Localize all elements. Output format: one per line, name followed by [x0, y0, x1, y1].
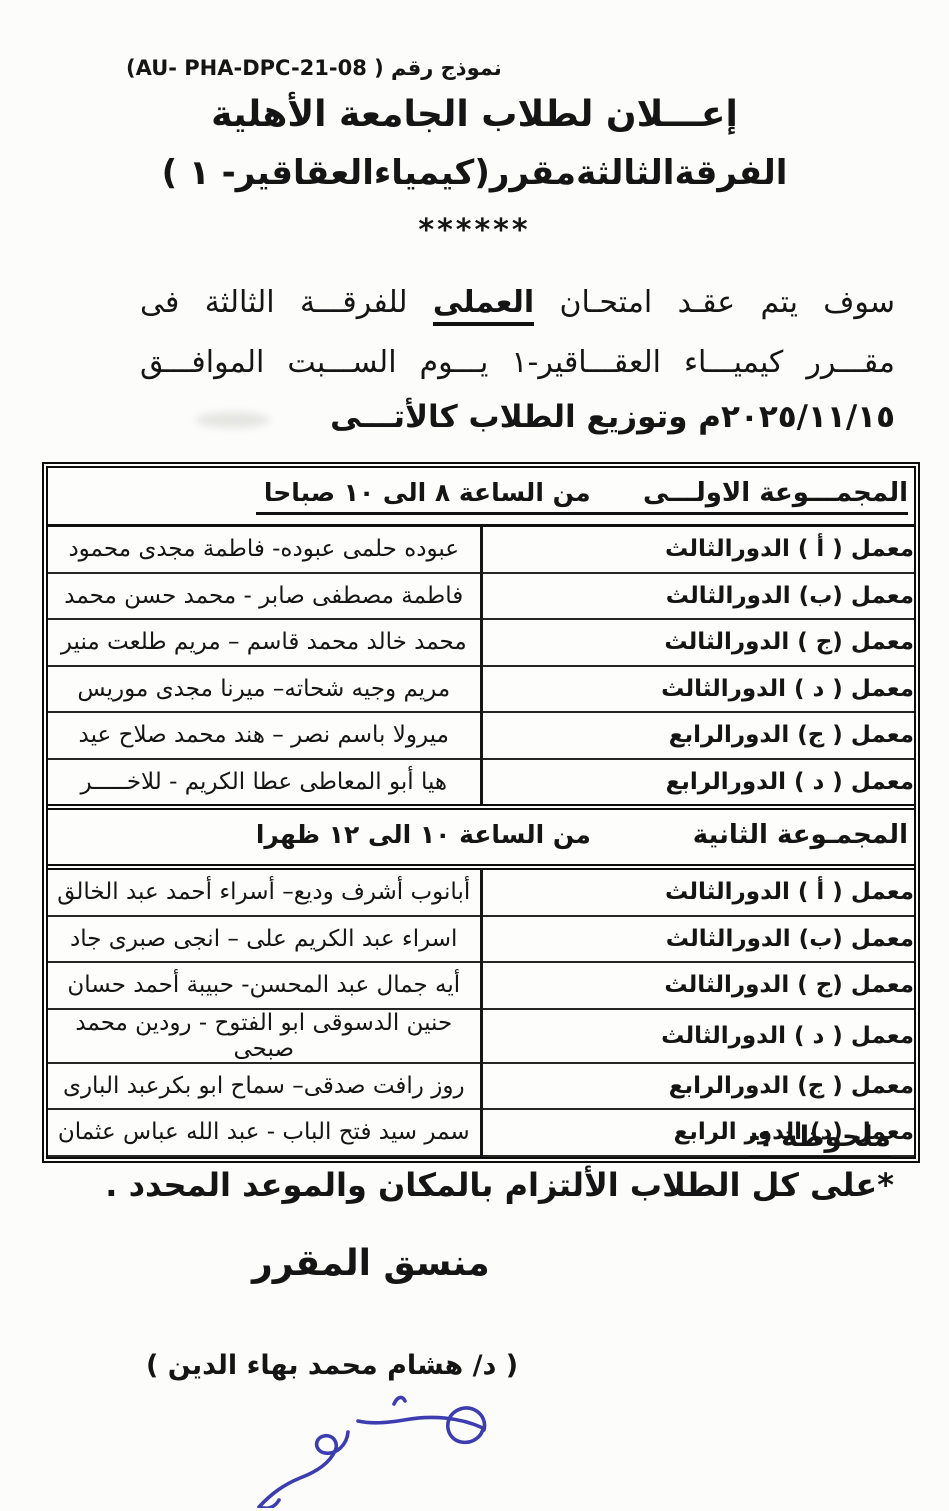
names-cell: حنين الدسوقى ابو الفتوح - رودين محمد صبح… [48, 1009, 481, 1063]
page-title: إعـــلان لطلاب الجامعة الأهلية [0, 94, 949, 135]
note-text: *على كل الطلاب الألتزام بالمكان والموعد … [105, 1166, 894, 1204]
table-row: معمل (ب) الدورالثالث فاطمة مصطفى صابر - … [48, 573, 914, 620]
table-row: معمل ( أ ) الدورالثالث أبانوب أشرف وديع–… [48, 867, 914, 916]
names-cell: أبانوب أشرف وديع– أسراء أحمد عبد الخالق [48, 867, 481, 916]
table-row: معمل ( د ) الدورالثالث حنين الدسوقى ابو … [48, 1009, 914, 1063]
names-cell: ميرولا باسم نصر – هند محمد صلاح عيد [48, 712, 481, 759]
table-row: معمل (ج ) الدورالثالث محمد خالد محمد قاس… [48, 619, 914, 666]
names-cell: محمد خالد محمد قاسم – مريم طلعت منير [48, 619, 481, 666]
table-row: معمل ( د ) الدورالثالث مريم وجيه شحاته– … [48, 666, 914, 713]
separator-stars: ****** [0, 213, 949, 248]
group2-time: من الساعة ١٠ الى ١٢ ظهرا [256, 820, 591, 849]
table-row: معمل ( د ) الدورالرابع هيا أبو المعاطى ع… [48, 759, 914, 808]
lab-cell: معمل ( د ) الدورالرابع [481, 759, 914, 808]
group1-time: من الساعة ٨ الى ١٠ صباحا [256, 478, 591, 515]
body-line-3-date: ٢٠٢٥/١١/١٥م وتوزيع الطلاب كالأتـــى [220, 402, 895, 433]
form-number: نموذج رقم ( AU- PHA-DPC-21-08) [126, 56, 502, 80]
lab-cell: معمل (ج ) الدورالثالث [481, 962, 914, 1009]
table-row: معمل (ج ) الدورالثالث أيه جمال عبد المحس… [48, 962, 914, 1009]
page-subtitle: الفرقةالثالثةمقرر(كيمياءالعقاقير- ١ ) [0, 153, 949, 193]
names-cell: روز رافت صدقى– سماح ابو بكرعبد البارى [48, 1063, 481, 1110]
lab-cell: معمل ( د ) الدورالثالث [481, 1009, 914, 1063]
lab-cell: معمل ( أ ) الدورالثالث [481, 867, 914, 916]
table-row: معمل ( ج) الدورالرابع روز رافت صدقى– سما… [48, 1063, 914, 1110]
names-cell: اسراء عبد الكريم على – انجى صبرى جاد [48, 916, 481, 963]
lab-cell: معمل ( ج) الدورالرابع [481, 712, 914, 759]
schedule-table: المجمـــوعة الاولـــى من الساعة ٨ الى ١٠… [42, 462, 920, 1163]
names-cell: هيا أبو المعاطى عطا الكريم - للاخـــــر [48, 759, 481, 808]
group1-header-row: المجمـــوعة الاولـــى من الساعة ٨ الى ١٠… [48, 468, 914, 526]
group2-title: المجمـوعة الثانية [693, 820, 908, 850]
note-title: ملحوظة :- [749, 1120, 891, 1159]
names-cell: مريم وجيه شحاته– ميرنا مجدى موريس [48, 666, 481, 713]
lab-cell: معمل ( أ ) الدورالثالث [481, 526, 914, 573]
lab-cell: معمل ( د ) الدورالثالث [481, 666, 914, 713]
lab-cell: معمل (ب) الدورالثالث [481, 573, 914, 620]
names-cell: سمر سيد فتح الباب - عبد الله عباس عثمان [48, 1109, 481, 1156]
lab-cell: معمل ( ج) الدورالرابع [481, 1063, 914, 1110]
coordinator-title: منسق المقرر [252, 1243, 490, 1284]
schedule-table-grid: المجمـــوعة الاولـــى من الساعة ٨ الى ١٠… [48, 468, 914, 1157]
names-cell: عبوده حلمى عبوده- فاطمة مجدى محمود [48, 526, 481, 573]
lab-cell: معمل (ج ) الدورالثالث [481, 619, 914, 666]
group2-header-row: المجمـوعة الثانية من الساعة ١٠ الى ١٢ ظه… [48, 807, 914, 867]
scanned-announcement-page: نموذج رقم ( AU- PHA-DPC-21-08) إعـــلان … [0, 0, 949, 1511]
signatory-name: ( د/ هشام محمد بهاء الدين ) [146, 1350, 518, 1381]
table-row: معمل ( أ ) الدورالثالث عبوده حلمى عبوده-… [48, 526, 914, 573]
body-line-1-pre: سوف يتم عقـد امتحـان [534, 285, 895, 320]
table-row: معمل ( ج) الدورالرابع ميرولا باسم نصر – … [48, 712, 914, 759]
table-row: معمل (ب) الدورالثالث اسراء عبد الكريم عل… [48, 916, 914, 963]
lab-cell: معمل (ب) الدورالثالث [481, 916, 914, 963]
names-cell: فاطمة مصطفى صابر - محمد حسن محمد [48, 573, 481, 620]
practical-exam-emphasis: العملى [433, 285, 534, 326]
body-line-1-post: للفرقـــة الثالثة فى [140, 285, 433, 320]
body-line-1: سوف يتم عقـد امتحـان العملى للفرقـــة ال… [140, 288, 895, 318]
names-cell: أيه جمال عبد المحسن- حبيبة أحمد حسان [48, 962, 481, 1009]
group1-title: المجمـــوعة الاولـــى [588, 478, 908, 515]
body-line-2: مقـــرر كيميـــاء العقـــاقير-١ يـــوم ا… [140, 348, 895, 378]
handwritten-signature [248, 1390, 510, 1508]
